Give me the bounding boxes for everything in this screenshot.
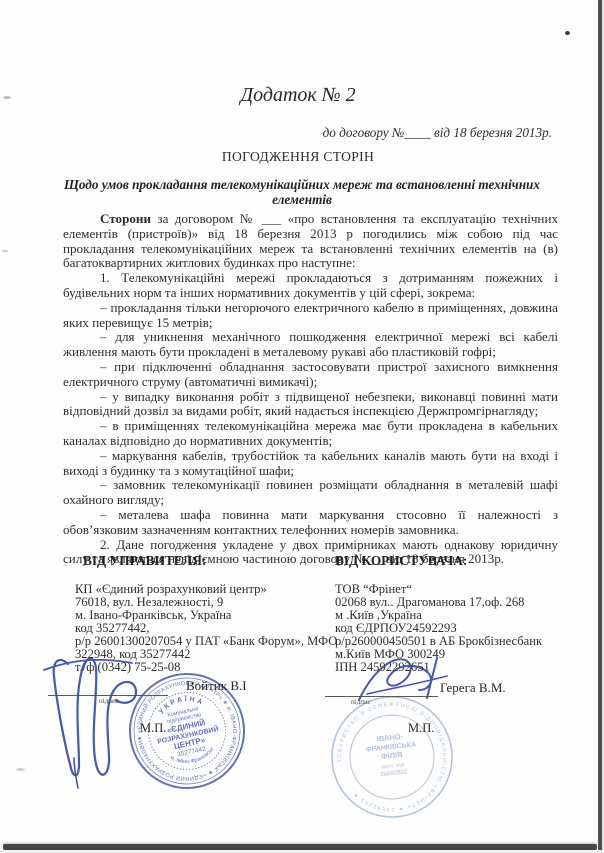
body-text: Сторони за договором № ___ «про встановл… xyxy=(63,212,558,567)
contract-reference: до договору №____ від 18 березня 2013р. xyxy=(323,125,552,141)
paragraph: – маркування кабелів, трубостійок та каб… xyxy=(63,449,558,479)
user-heading: ВІД КОРИСТУВАЧА: xyxy=(335,553,580,569)
subject-heading: Щодо умов прокладання телекомунікаційних… xyxy=(57,177,547,207)
paragraph: – замовник телекомунікації повинен розмі… xyxy=(63,478,558,508)
scan-speck xyxy=(3,96,11,99)
user-handwritten-signature-icon xyxy=(349,650,461,714)
paragraph: – у випадку виконання робіт з підвищеної… xyxy=(63,390,558,420)
agreement-heading: ПОГОДЖЕННЯ СТОРІН xyxy=(0,149,596,165)
scan-speck xyxy=(565,31,570,35)
svg-text:38682802: 38682802 xyxy=(380,768,409,778)
paragraph: 1. Телекомунікаційні мережі прокладаютьс… xyxy=(63,271,558,301)
scanned-document-page: Додаток № 2 до договору №____ від 18 бер… xyxy=(0,0,604,853)
paragraph: – металева шафа повинна мати маркування … xyxy=(63,508,558,538)
paragraph: – в приміщеннях телекомунікаційна мережа… xyxy=(63,419,558,449)
svg-text:ІВАНО-: ІВАНО- xyxy=(376,732,404,744)
scan-speck xyxy=(2,250,8,252)
svg-text:(ідент. код): (ідент. код) xyxy=(381,762,405,769)
manager-heading: ВІД УПРАВИТЕЛЯ: xyxy=(75,553,333,569)
manager-handwritten-signature-icon xyxy=(38,646,173,796)
manager-name: Войтик В.І xyxy=(186,678,247,694)
user-seal-mark: М.П. xyxy=(408,721,434,736)
paragraph: Сторони за договором № ___ «про встановл… xyxy=(63,212,558,271)
paragraph: – для уникнення механічного пошкодження … xyxy=(63,330,558,360)
svg-text:ФІЛІЯ: ФІЛІЯ xyxy=(381,750,403,761)
page-title: Додаток № 2 xyxy=(0,84,596,107)
scan-speck xyxy=(16,768,25,771)
paragraph: – прокладання тільки негорючого електрич… xyxy=(63,301,558,331)
paragraph: – при підключенні обладнання застосовува… xyxy=(63,360,558,390)
